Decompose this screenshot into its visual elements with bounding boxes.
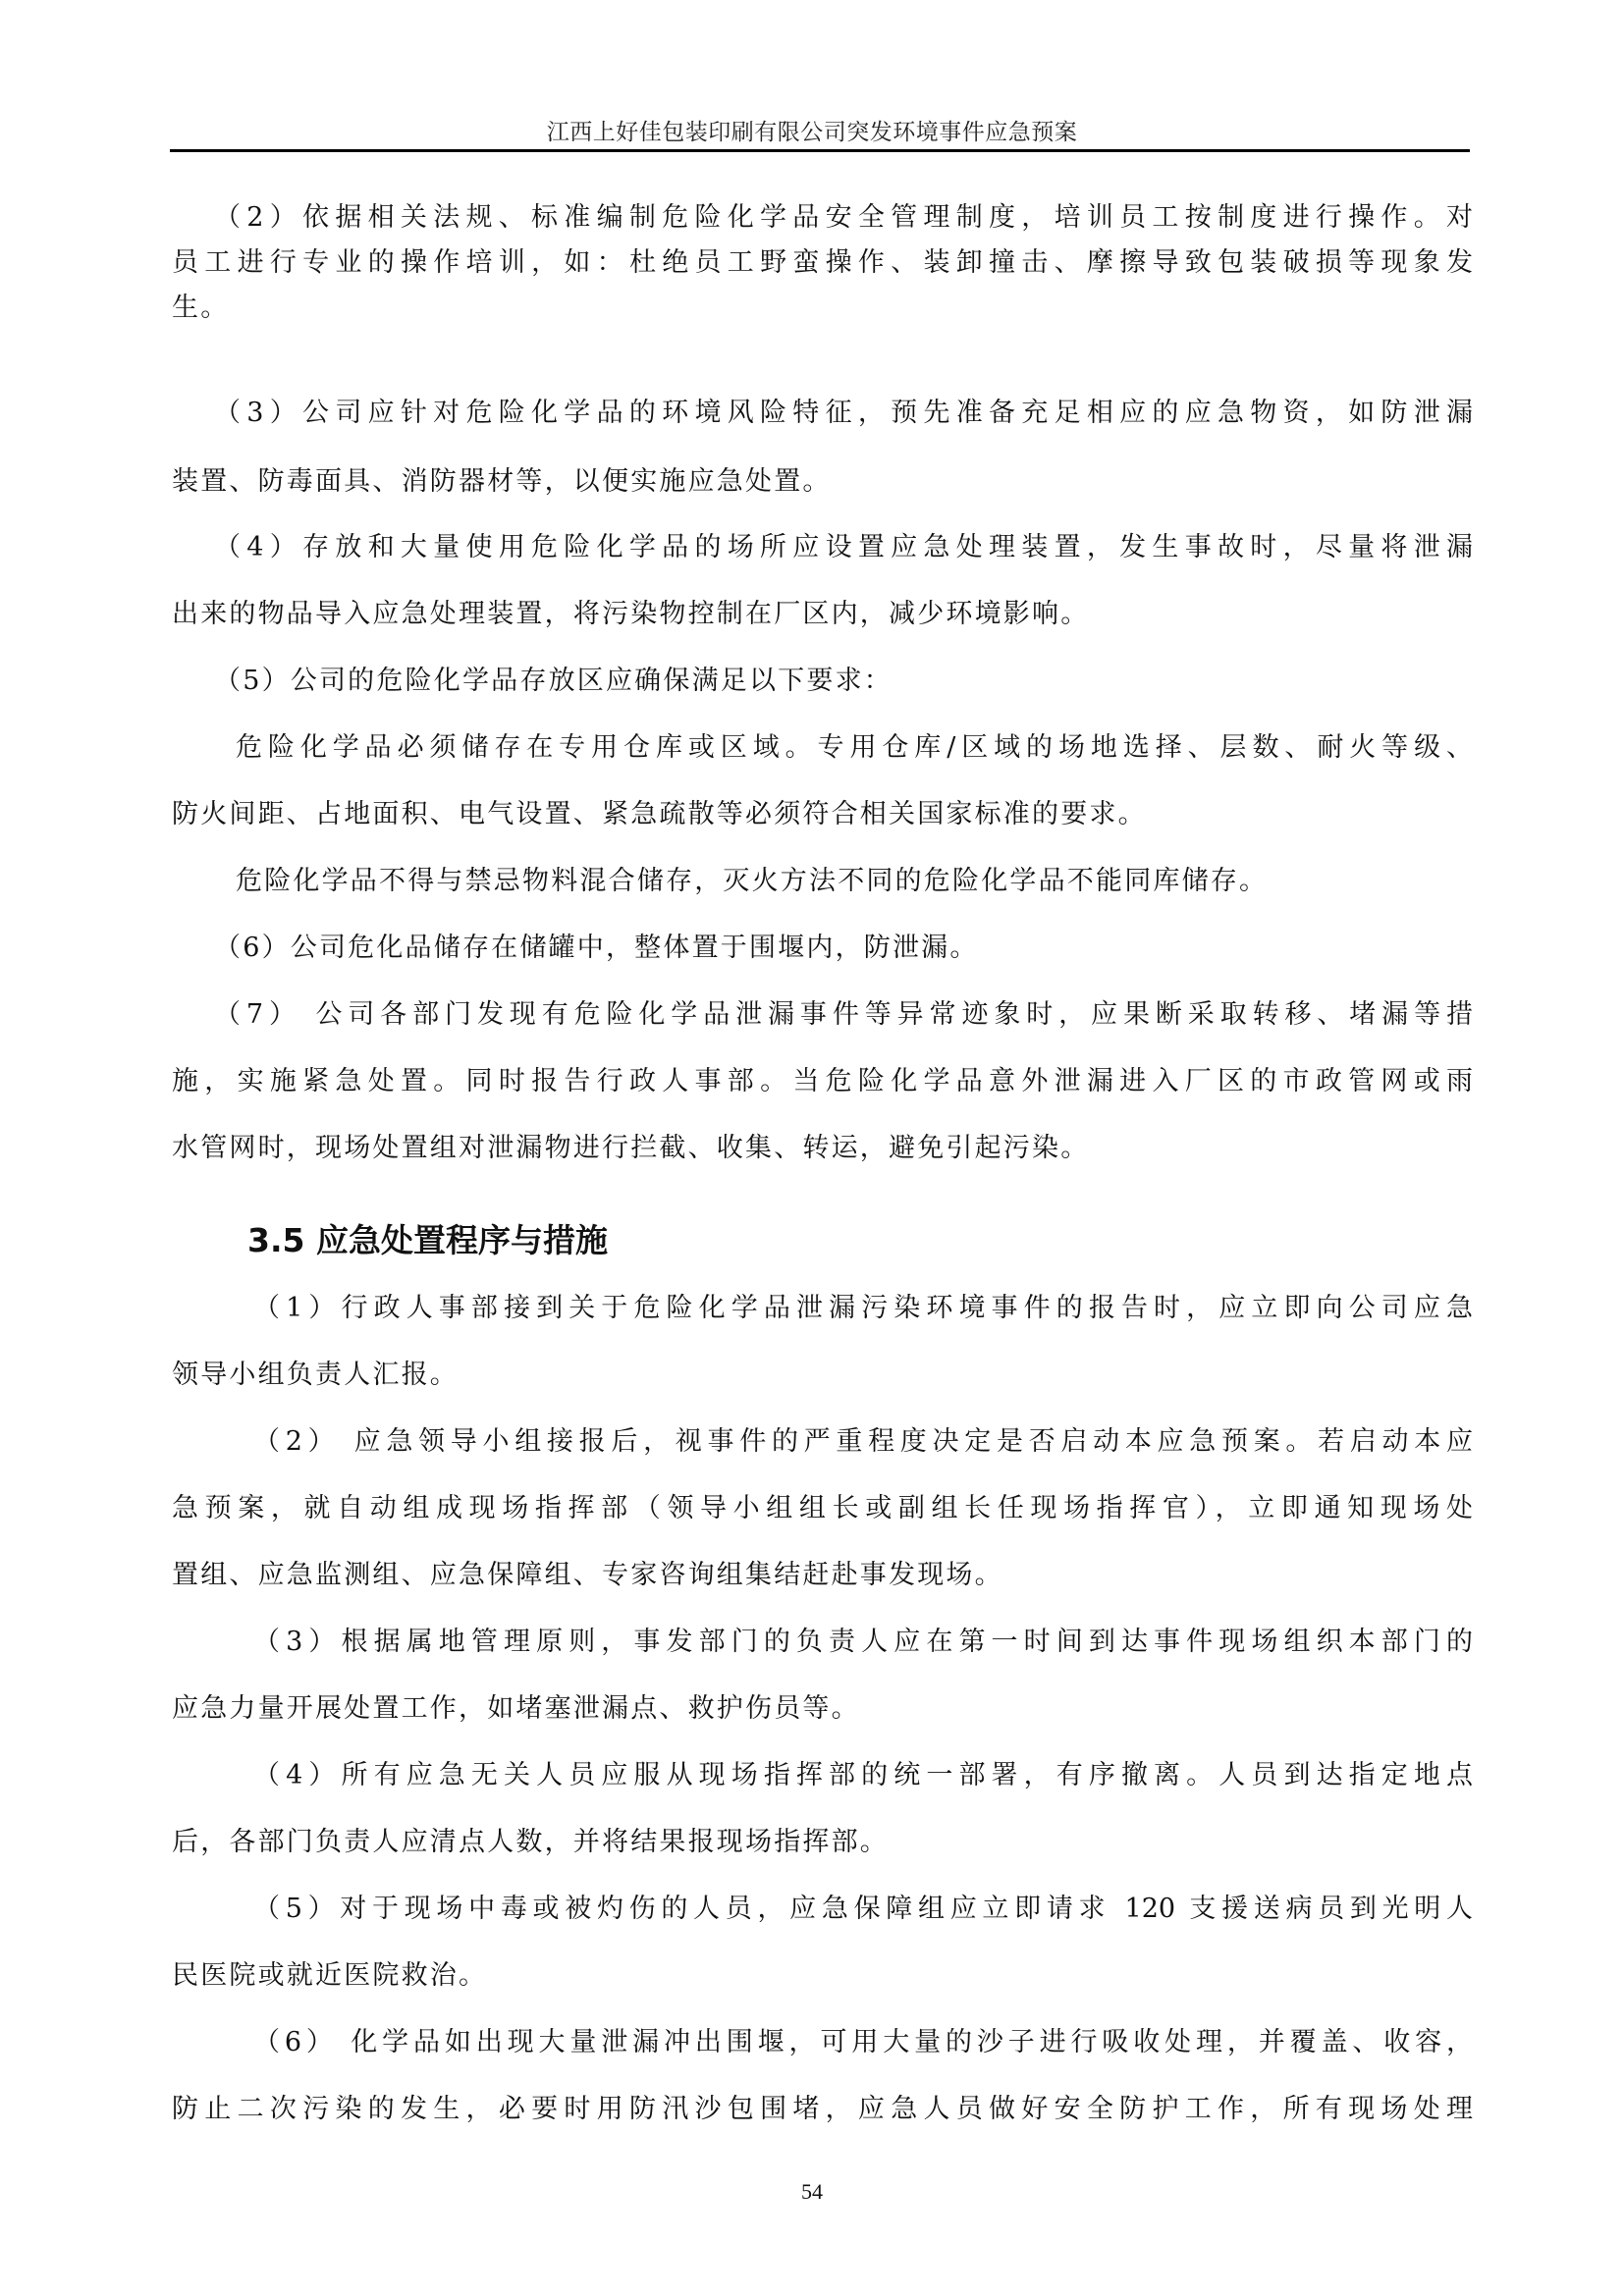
text-line: 应急力量开展处置工作，如堵塞泄漏点、救护伤员等。 <box>172 1692 860 1726</box>
header-divider <box>170 149 1470 152</box>
text-line: 生。 <box>172 292 229 325</box>
text-line: （3）公司应针对危险化学品的环境风险特征，预先准备充足相应的应急物资，如防泄漏 <box>214 397 1473 430</box>
text-line: （2） 应急领导小组接报后，视事件的严重程度决定是否启动本应急预案。若启动本应 <box>253 1425 1473 1459</box>
text-line: 施，实施紧急处置。同时报告行政人事部。当危险化学品意外泄漏进入厂区的市政管网或雨 <box>172 1065 1473 1098</box>
text-line: 民医院或就近医院救治。 <box>172 1959 487 1993</box>
text-line: （5）公司的危险化学品存放区应确保满足以下要求： <box>214 665 893 698</box>
running-header: 江西上好佳包装印刷有限公司突发环境事件应急预案 <box>0 114 1624 146</box>
text-line: 领导小组负责人汇报。 <box>172 1359 459 1392</box>
text-line: 危险化学品不得与禁忌物料混合储存，灭火方法不同的危险化学品不能同库储存。 <box>236 865 1268 898</box>
text-line: 后，各部门负责人应清点人数，并将结果报现场指挥部。 <box>172 1826 889 1859</box>
text-line: （3）根据属地管理原则，事发部门的负责人应在第一时间到达事件现场组织本部门的 <box>253 1626 1473 1659</box>
text-line: 员工进行专业的操作培训，如：杜绝员工野蛮操作、装卸撞击、摩擦导致包装破损等现象发 <box>172 246 1473 280</box>
text-line: 防止二次污染的发生，必要时用防汛沙包围堵，应急人员做好安全防护工作，所有现场处理 <box>172 2093 1473 2126</box>
text-line: 置组、应急监测组、应急保障组、专家咨询组集结赶赴事发现场。 <box>172 1559 1003 1592</box>
text-line: （2）依据相关法规、标准编制危险化学品安全管理制度，培训员工按制度进行操作。对 <box>214 201 1473 235</box>
text-line: （1）行政人事部接到关于危险化学品泄漏污染环境事件的报告时，应立即向公司应急 <box>253 1292 1473 1325</box>
text-line: （4）所有应急无关人员应服从现场指挥部的统一部署，有序撤离。人员到达指定地点 <box>253 1759 1473 1792</box>
text-line: （4）存放和大量使用危险化学品的场所应设置应急处理装置，发生事故时，尽量将泄漏 <box>214 531 1473 564</box>
text-line: （6） 化学品如出现大量泄漏冲出围堰，可用大量的沙子进行吸收处理，并覆盖、收容， <box>253 2026 1473 2059</box>
text-line: 危险化学品必须储存在专用仓库或区域。专用仓库/区域的场地选择、层数、耐火等级、 <box>236 731 1473 765</box>
text-line: （6）公司危化品储存在储罐中，整体置于围堰内，防泄漏。 <box>214 932 979 965</box>
text-line: （7） 公司各部门发现有危险化学品泄漏事件等异常迹象时，应果断采取转移、堵漏等措 <box>214 998 1473 1032</box>
section-heading: 3.5 应急处置程序与措施 <box>247 1215 608 1261</box>
text-line: 急预案，就自动组成现场指挥部（领导小组组长或副组长任现场指挥官），立即通知现场处 <box>172 1492 1473 1525</box>
text-line: （5）对于现场中毒或被灼伤的人员，应急保障组应立即请求 120 支援送病员到光明… <box>253 1893 1473 1926</box>
text-line: 出来的物品导入应急处理装置，将污染物控制在厂区内，减少环境影响。 <box>172 598 1089 631</box>
page-number: 54 <box>0 2179 1624 2205</box>
text-line: 装置、防毒面具、消防器材等，以便实施应急处置。 <box>172 465 832 499</box>
text-line: 水管网时，现场处置组对泄漏物进行拦截、收集、转运，避免引起污染。 <box>172 1132 1089 1165</box>
text-line: 防火间距、占地面积、电气设置、紧急疏散等必须符合相关国家标准的要求。 <box>172 798 1147 831</box>
